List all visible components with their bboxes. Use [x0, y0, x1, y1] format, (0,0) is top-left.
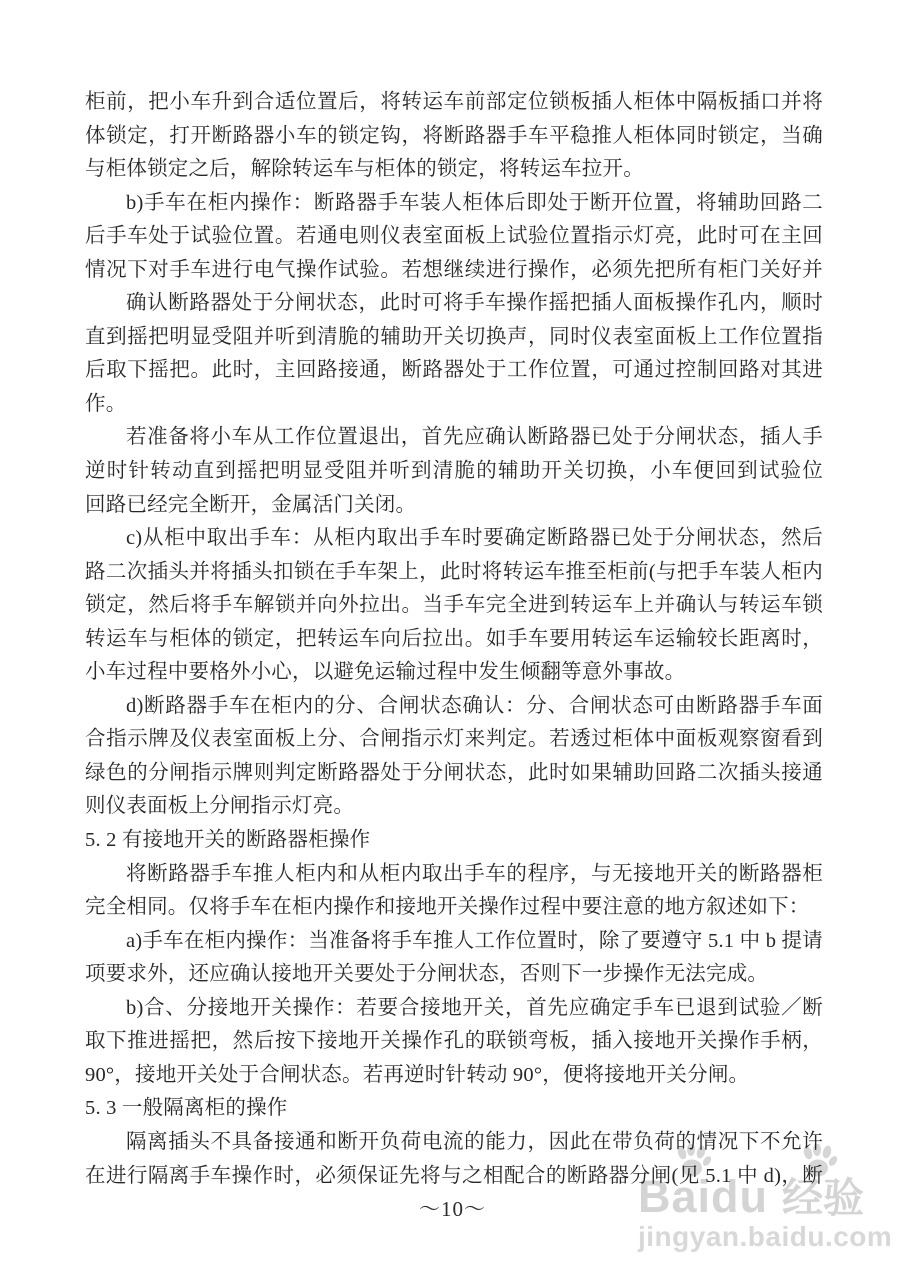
text-line: 直到摇把明显受阻并听到清脆的辅助开关切换声，同时仪表室面板上工作位置指示灯亮，然 [85, 321, 823, 355]
text-line: 在进行隔离手车操作时，必须保证先将与之相配合的断路器分闸(见 5.1 中 d)，… [85, 1160, 823, 1194]
text-line: 转运车与柜体的锁定，把转运车向后拉出。如手车要用转运车运输较长距离时，在推动转运 [85, 623, 823, 657]
text-line: 则仪表面板上分闸指示灯亮。 [85, 790, 823, 824]
text-line: 完全相同。仅将手车在柜内操作和接地开关操作过程中要注意的地方叙述如下： [85, 891, 823, 925]
text-line: 项要求外，还应确认接地开关要处于分闸状态，否则下一步操作无法完成。 [85, 958, 823, 992]
text-line: 将断路器手车推人柜内和从柜内取出手车的程序，与无接地开关的断路器柜的操作程序 [85, 858, 823, 892]
text-line: 后取下摇把。此时，主回路接通，断路器处于工作位置，可通过控制回路对其进行合、分操 [85, 354, 823, 388]
document-text-block: 柜前，把小车升到合适位置后，将转运车前部定位锁板插人柜体中隔板插口并将转运车与柜… [85, 86, 823, 1193]
text-line: 90°，接地开关处于合闸状态。若再逆时针转动 90°，便将接地开关分闸。 [85, 1059, 823, 1093]
text-line: 回路已经完全断开，金属活门关闭。 [85, 489, 823, 523]
text-line: d)断路器手车在柜内的分、合闸状态确认：分、合闸状态可由断路器手车面板上的分、 [85, 690, 823, 724]
section-heading-5-3: 5. 3 一般隔离柜的操作 [85, 1092, 823, 1126]
text-line: 与柜体锁定之后，解除转运车与柜体的锁定，将转运车拉开。 [85, 153, 823, 187]
text-line: 小车过程中要格外小心，以避免运输过程中发生倾翻等意外事故。 [85, 656, 823, 690]
text-line: 情况下对手车进行电气操作试验。若想继续进行操作，必须先把所有柜门关好并把门锁好。 [85, 254, 823, 288]
text-line: 取下推进摇把，然后按下接地开关操作孔的联锁弯板，插入接地开关操作手柄，顺时针转动 [85, 1025, 823, 1059]
text-line: b)合、分接地开关操作：若要合接地开关，首先应确定手车已退到试验／断开位置，并 [85, 992, 823, 1026]
text-line: 绿色的分闸指示牌则判定断路器处于分闸状态，此时如果辅助回路二次插头接通操作电源， [85, 757, 823, 791]
text-line: 隔离插头不具备接通和断开负荷电流的能力，因此在带负荷的情况下不允许移动手车。 [85, 1126, 823, 1160]
text-line: 后手车处于试验位置。若通电则仪表室面板上试验位置指示灯亮，此时可在主回路未接通的 [85, 220, 823, 254]
text-line: b)手车在柜内操作：断路器手车装人柜体后即处于断开位置，将辅助回路二次插头插好 [85, 187, 823, 221]
text-line: 逆时针转动直到摇把明显受阻并听到清脆的辅助开关切换，小车便回到试验位置。此时，主 [85, 455, 823, 489]
section-heading-5-2: 5. 2 有接地开关的断路器柜操作 [85, 824, 823, 858]
watermark-url: jingyan.baidu.com [638, 1222, 905, 1252]
text-line: 作。 [85, 388, 823, 422]
text-line: 确认断路器处于分闸状态，此时可将手车操作摇把插人面板操作孔内，顺时针转动摇把， [85, 287, 823, 321]
text-line: 锁定，然后将手车解锁并向外拉出。当手车完全进到转运车上并确认与转运车锁定后，解除 [85, 589, 823, 623]
text-line: 合指示牌及仪表室面板上分、合闸指示灯来判定。若透过柜体中面板观察窗看到手车面板上 [85, 723, 823, 757]
text-line: 若准备将小车从工作位置退出，首先应确认断路器已处于分闸状态，插人手车操作摇把， [85, 421, 823, 455]
text-line: 体锁定，打开断路器小车的锁定钩，将断路器手车平稳推人柜体同时锁定，当确认已将手车 [85, 120, 823, 154]
page-number: ～10～ [0, 1193, 905, 1223]
text-line: 路二次插头并将插头扣锁在手车架上，此时将转运车推至柜前(与把手车装人柜内时相同)… [85, 556, 823, 590]
text-line: c)从柜中取出手车：从柜内取出手车时要确定断路器已处于分闸状态，然后解除辅助回 [85, 522, 823, 556]
document-page: Baidu 经验 jingyan.baidu.com 柜前，把小车升到合适位置后… [0, 0, 905, 1280]
text-line: a)手车在柜内操作：当准备将手车推人工作位置时，除了要遵守 5.1 中 b 提请… [85, 925, 823, 959]
text-line: 柜前，把小车升到合适位置后，将转运车前部定位锁板插人柜体中隔板插口并将转运车与柜 [85, 86, 823, 120]
